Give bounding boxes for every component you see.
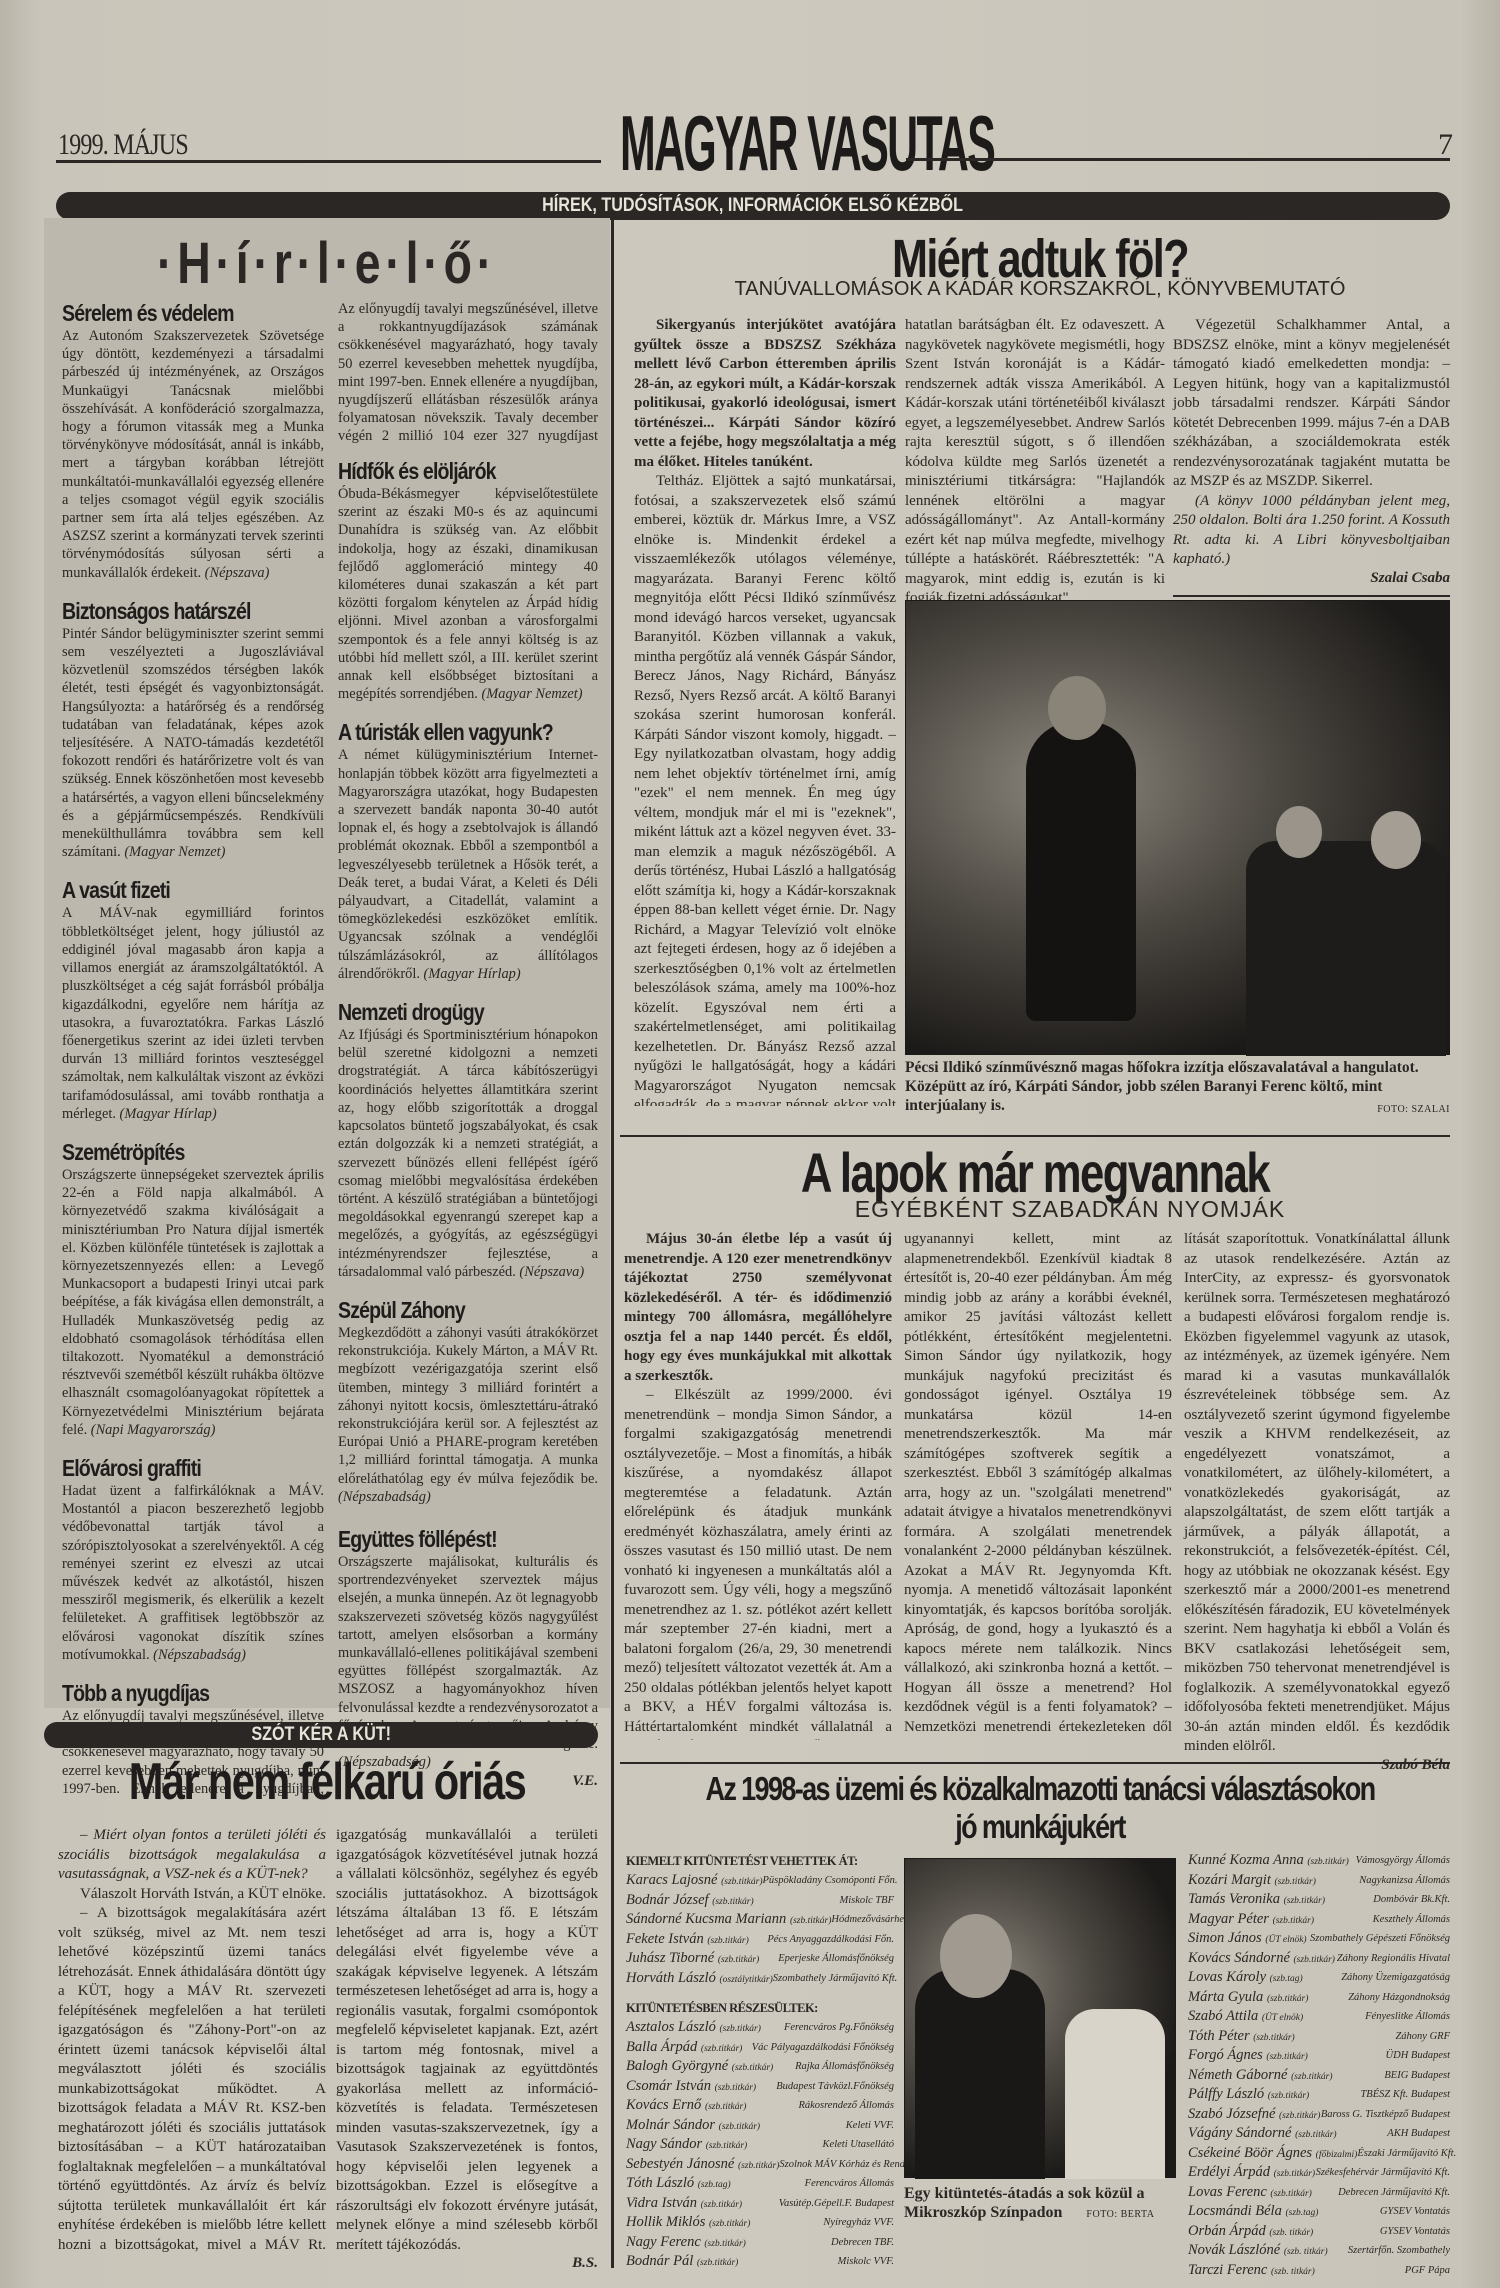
award-row: Karacs Lajosné (szb.titkár)Püspökladány … <box>626 1872 894 1892</box>
awardee-name: Orbán Árpád (szb. titkár) <box>1188 2223 1313 2243</box>
awardee-workplace: Nagykanizsa Állomás <box>1359 1872 1450 1892</box>
awardee-name: Vidra István (szb.titkár) <box>626 2195 742 2215</box>
awardee-workplace: Keleti VVF. <box>846 2117 894 2137</box>
news-source: (Népszava) <box>519 1264 584 1280</box>
rule <box>620 1762 1450 1764</box>
award-row: Tóth Péter (szb.titkár)Záhony GRF <box>1188 2028 1450 2048</box>
awardee-name: Csékeiné Böör Ágnes (főbizalmi) <box>1188 2145 1357 2165</box>
news-continuation: Az előnyugdíj tavalyi megszűnésével, ill… <box>338 300 598 446</box>
award-row: Molnár Sándor (szb.titkár)Keleti VVF. <box>626 2117 894 2137</box>
awardee-name: Novák Lászlóné (szb. titkár) <box>1188 2242 1328 2262</box>
award-row: Pálffy László (szb.titkár)TBÉSZ Kft. Bud… <box>1188 2086 1450 2106</box>
awardee-name: Pálffy László (szb.titkár) <box>1188 2086 1309 2106</box>
award-row: Márta Gyula (szb.titkár)Záhony Házgondno… <box>1188 1989 1450 2009</box>
awardee-role: (szb.titkár) <box>721 1877 762 1887</box>
awardee-name: Horváth László (osztálytitkár) <box>626 1970 773 1990</box>
news-title: Biztonságos határszél <box>62 598 285 625</box>
award-row: Bodnár József (szb.titkár)Miskolc TBF <box>626 1892 894 1912</box>
awardee-role: (szb.titkár) <box>1294 1955 1335 1965</box>
awards-title-line2: jó munkájukért <box>696 1808 1385 1846</box>
column-divider <box>611 218 614 2268</box>
news-title: Nemzeti drogügy <box>338 999 559 1026</box>
awardee-workplace: BEIG Budapest <box>1384 2067 1450 2087</box>
news-title: Szemétröpítés <box>62 1139 285 1166</box>
awardee-workplace: Vác Pályagazdálkodási Főnökség <box>752 2039 894 2059</box>
awardee-workplace: Szombathely Járműjavító Kft. <box>773 1970 898 1990</box>
awardee-workplace: Miskolc TBF <box>839 1892 894 1912</box>
news-item: Szemétröpítés Országszerte ünnepségeket … <box>62 1139 324 1439</box>
news-item: Hídfők és elöljárók Óbuda-Békásmegyer ké… <box>338 458 598 703</box>
awardee-workplace: Debrecen Járműjavító Kft. <box>1338 2184 1450 2204</box>
news-body: Óbuda-Békásmegyer képviselőtestülete sze… <box>338 486 598 702</box>
award-row: Sebestyén Jánosné (szb.titkár)Szolnok MÁ… <box>626 2156 894 2176</box>
awardee-role: (szb.titkár) <box>1307 1857 1348 1867</box>
award-row: Lovas Ferenc (szb.titkár)Debrecen Járműj… <box>1188 2184 1450 2204</box>
awardee-name: Balla Árpád (szb.titkár) <box>626 2039 742 2059</box>
news-source: (Napi Magyarország) <box>91 1422 216 1438</box>
award-photo-caption: Egy kitüntetés-átadás a sok közül a Mikr… <box>904 2184 1176 2224</box>
awardee-name: Erdélyi Árpád (szb.titkár) <box>1188 2164 1315 2184</box>
news-body: A MÁV-nak egymilliárd forintos többletkö… <box>62 905 324 1121</box>
kut-signature: B.S. <box>336 2255 598 2272</box>
miert-column-2: hatatlan barátságban élt. Ez odaveszett.… <box>905 316 1165 609</box>
news-title: Elővárosi graffiti <box>62 1455 285 1482</box>
awards-list-left: KIEMELT KITÜNTETÉST VEHETTEK ÁT: Karacs … <box>626 1852 894 2273</box>
speaker-figure <box>1026 721 1136 1021</box>
news-item: Nemzeti drogügy Az Ifjúsági és Sportmini… <box>338 999 598 1281</box>
awardee-role: (szb.titkár) <box>701 2044 742 2054</box>
awardee-workplace: Záhony Üzemigazgatóság <box>1341 1969 1450 1989</box>
awardee-name: Kunné Kozma Anna (szb.titkár) <box>1188 1852 1349 1872</box>
awardee-role: (szb.titkár) <box>706 2141 747 2151</box>
newspaper-title: MAGYAR VASUTAS <box>620 98 994 189</box>
awardee-role: (szb.titkár) <box>790 1916 831 1926</box>
awardee-workplace: Püspökladány Csomóponti Főn. <box>763 1872 898 1892</box>
awardee-role: (szb.titkár) <box>1267 1994 1308 2004</box>
awardee-role: (szb.titkár) <box>1295 2130 1336 2140</box>
award-row: Szabó Attila (ÜT elnök)Fényeslitke Állom… <box>1188 2008 1450 2028</box>
awardee-name: Bodnár József (szb.titkár) <box>626 1892 754 1912</box>
award-row: Hollik Miklós (szb.titkár)Nyíregyház VVF… <box>626 2214 894 2234</box>
news-title: Sérelem és védelem <box>62 300 285 327</box>
award-row: Sándorné Kucsma Mariann (szb.titkár)Hódm… <box>626 1911 894 1931</box>
awardee-role: (szb.titkár) <box>1266 2052 1307 2062</box>
award-row: Csomár István (szb.titkár)Budapest Távkö… <box>626 2078 894 2098</box>
awardee-name: Juhász Tiborné (szb.titkár) <box>626 1950 759 1970</box>
news-item: A túristák ellen vagyunk? A német külügy… <box>338 719 598 983</box>
photo-credit: FOTO: SZALAI <box>1377 1100 1450 1119</box>
awardee-role: (szb.titkár) <box>715 2083 756 2093</box>
awardee-role: (ÜT elnök) <box>1262 2013 1303 2023</box>
award-photo <box>904 1858 1176 2178</box>
award-row: Juhász Tiborné (szb.titkár)Eperjeske Áll… <box>626 1950 894 1970</box>
kut-question: – Miért olyan fontos a területi jóléti é… <box>58 1826 326 1885</box>
awards-title-line1: Az 1998-as üzemi és közalkalmazotti taná… <box>696 1770 1385 1808</box>
awardee-name: Lovas Ferenc (szb.titkár) <box>1188 2184 1312 2204</box>
hirelo-kicker: ·H·í·r·l·e·l·ő· <box>101 230 554 297</box>
awardee-role: (szb.titkár) <box>1253 2033 1294 2043</box>
awardee-workplace: GYSEV Vontatás <box>1380 2203 1450 2223</box>
awardee-name: Tóth Péter (szb.titkár) <box>1188 2028 1295 2048</box>
newspaper-page: 1999. MÁJUS MAGYAR VASUTAS 7 HÍREK, TUDÓ… <box>0 0 1500 2288</box>
awardee-name: Locsmándi Béla (szb.tag) <box>1188 2203 1318 2223</box>
awardee-workplace: Debrecen TBF. <box>831 2234 894 2254</box>
awardee-role: (szb. titkár) <box>1284 2247 1328 2257</box>
award-row: Balogh Györgyné (szb.titkár)Rajka Állomá… <box>626 2058 894 2078</box>
news-body: A német külügyminisztérium Internet-honl… <box>338 747 598 981</box>
kut-answer-intro: Válaszolt Horváth István, a KÜT elnöke. <box>58 1885 326 1905</box>
kut-column-2: igazgatóság munkavállalói a területi iga… <box>336 1826 598 2272</box>
awardee-name: Nagy Sándor (szb.titkár) <box>626 2136 747 2156</box>
news-title: A túristák ellen vagyunk? <box>338 719 559 746</box>
kut-bar: SZÓT KÉR A KÜT! <box>44 1722 598 1748</box>
kiemelt-list: Karacs Lajosné (szb.titkár)Püspökladány … <box>626 1872 894 1989</box>
man-head <box>940 1914 1012 1998</box>
awardee-name: Kovács Ernő (szb.titkár) <box>626 2097 746 2117</box>
award-row: Kovács Sándorné (szb.titkár)Záhony Regio… <box>1188 1950 1450 1970</box>
awardee-name: Tóth László (szb.tag) <box>626 2175 731 2195</box>
award-row: Locsmándi Béla (szb.tag)GYSEV Vontatás <box>1188 2203 1450 2223</box>
news-title: Több a nyugdíjas <box>62 1680 285 1707</box>
awardee-workplace: Baross G. Tisztképző Budapest <box>1321 2106 1450 2126</box>
awardee-role: (szb.titkár) <box>705 2102 746 2112</box>
awardee-workplace: Pécs Anyaggazdálkodási Főn. <box>767 1931 894 1951</box>
awardee-name: Csomár István (szb.titkár) <box>626 2078 756 2098</box>
woman-figure <box>1065 2009 1165 2179</box>
award-row: Balla Árpád (szb.titkár)Vác Pályagazdálk… <box>626 2039 894 2059</box>
news-title: Együttes föllépést! <box>338 1526 559 1553</box>
award-row: Simon János (ÜT elnök)Szombathely Gépész… <box>1188 1930 1450 1950</box>
awardee-workplace: Miskolc VVF. <box>838 2253 894 2273</box>
award-row: Bodnár Pál (szb.titkár)Miskolc VVF. <box>626 2253 894 2273</box>
awardee-name: Tamás Veronika (szb.titkár) <box>1188 1891 1325 1911</box>
article-subtitle-lapok: EGYÉBKÉNT SZABADKÁN NYOMJÁK <box>780 1196 1360 1223</box>
award-row: Orbán Árpád (szb. titkár)GYSEV Vontatás <box>1188 2223 1450 2243</box>
award-row: Tóth László (szb.tag)Ferencváros Állomás <box>626 2175 894 2195</box>
awardee-workplace: Ferencváros Pg.Főnökség <box>784 2019 894 2039</box>
masthead-rule-left <box>56 160 601 163</box>
award-row: Németh Gáborné (szb.titkár)BEIG Budapest <box>1188 2067 1450 2087</box>
award-row: Lovas Károly (szb.tag)Záhony Üzemigazgat… <box>1188 1969 1450 1989</box>
news-title: Hídfők és elöljárók <box>338 458 559 485</box>
awardee-workplace: Szolnok MÁV Kórház és Rendelő <box>779 2156 917 2176</box>
news-source: (Magyar Nemzet) <box>124 844 225 860</box>
awardee-workplace: Záhony Regionális Hivatal <box>1337 1950 1450 1970</box>
awardee-name: Forgó Ágnes (szb.titkár) <box>1188 2047 1308 2067</box>
photo-credit: FOTO: BERTA <box>1086 2209 1154 2220</box>
award-row: Kunné Kozma Anna (szb.titkár)Vámosgyörgy… <box>1188 1852 1450 1872</box>
list-header-kiemelt: KIEMELT KITÜNTETÉST VEHETTEK ÁT: <box>626 1854 894 1869</box>
news-title: Szépül Záhony <box>338 1297 559 1324</box>
awardee-role: (szb.titkár) <box>707 1936 748 1946</box>
miert-book-note: (A könyv 1000 példányban jelent meg, 250… <box>1173 492 1450 570</box>
award-row: Magyar Péter (szb.titkár)Keszthely Állom… <box>1188 1911 1450 1931</box>
kut-body-2: igazgatóság munkavállalói a területi iga… <box>336 1826 598 2255</box>
award-row: Vágány Sándorné (szb.titkár)AKH Budapest <box>1188 2125 1450 2145</box>
awardee-role: (szb.titkár) <box>1268 2091 1309 2101</box>
awardee-role: (szb.titkár) <box>738 2161 779 2171</box>
awardee-name: Balogh Györgyné (szb.titkár) <box>626 2058 773 2078</box>
awardee-name: Szabó Attila (ÜT elnök) <box>1188 2008 1303 2028</box>
awardee-workplace: Dombóvár Bk.Kft. <box>1373 1891 1450 1911</box>
award-row: Novák Lászlóné (szb. titkár)Szertárfőn. … <box>1188 2242 1450 2262</box>
awardee-role: (szb.titkár) <box>1291 2072 1332 2082</box>
awardee-name: Sándorné Kucsma Mariann (szb.titkár) <box>626 1911 831 1931</box>
awardee-role: (szb.tag) <box>1285 2208 1318 2218</box>
miert-body-2: hatatlan barátságban élt. Ez odaveszett.… <box>905 316 1165 609</box>
news-source: (Népszabadság) <box>153 1647 246 1663</box>
news-body: Az Autonóm Szakszervezetek Szövetsége úg… <box>62 328 324 581</box>
lapok-lead: Május 30-án életbe lép a vasút új menetr… <box>624 1230 892 1386</box>
kitunt-list-continued: Kunné Kozma Anna (szb.titkár)Vámosgyörgy… <box>1188 1852 1450 2281</box>
awardee-workplace: Szertárfőn. Szombathely <box>1348 2242 1450 2262</box>
news-source: (Magyar Hírlap) <box>120 1106 217 1122</box>
news-source: (Népszabadság) <box>338 1489 431 1505</box>
awardee-workplace: PGF Pápa <box>1405 2262 1450 2282</box>
awardee-name: Vágány Sándorné (szb.titkár) <box>1188 2125 1337 2145</box>
awardee-name: Nagy Ferenc (szb.titkár) <box>626 2234 746 2254</box>
rule <box>620 1135 1450 1137</box>
hirelo-column-2: Az előnyugdíj tavalyi megszűnésével, ill… <box>338 300 598 1790</box>
rule <box>1173 595 1450 597</box>
miert-body-3: Végezetül Schalkhammer Antal, a BDSZSZ e… <box>1173 316 1450 492</box>
awardee-name: Szabó Józsefné (szb.titkár) <box>1188 2106 1320 2126</box>
award-row: Nagy Sándor (szb.titkár)Keleti Utasellát… <box>626 2136 894 2156</box>
head <box>1276 806 1322 858</box>
lapok-column-3: lítását szaporítottuk. Vonatkínálattal á… <box>1184 1230 1450 1774</box>
award-row: Kovács Ernő (szb.titkár)Rákosrendező Áll… <box>626 2097 894 2117</box>
kitunt-list: Asztalos László (szb.titkár)Ferencváros … <box>626 2019 894 2273</box>
issue-date: 1999. MÁJUS <box>58 128 188 162</box>
awardee-workplace: AKH Budapest <box>1387 2125 1450 2145</box>
masthead-rule-right <box>906 158 1450 161</box>
awardee-name: Hollik Miklós (szb.titkár) <box>626 2214 750 2234</box>
news-item: Szépül Záhony Megkezdődött a záhonyi vas… <box>338 1297 598 1506</box>
awardee-role: (szb.titkár) <box>1274 1877 1315 1887</box>
awardee-role: (szb.titkár) <box>709 2219 750 2229</box>
awardee-role: (szb. titkár) <box>1271 2267 1315 2277</box>
miert-lead: Sikergyanús interjúkötet avatójára gyűlt… <box>634 316 896 472</box>
award-row: Tarczi Ferenc (szb. titkár)PGF Pápa <box>1188 2262 1450 2282</box>
awardee-workplace: Szombathely Gépészeti Főnökség <box>1310 1930 1450 1950</box>
awardee-workplace: Eperjeske Állomásfőnökség <box>778 1950 894 1970</box>
speaker-head <box>1048 676 1106 740</box>
list-header-kitunt: KITÜNTETÉSBEN RÉSZESÜLTEK: <box>626 2001 894 2016</box>
awardee-role: (szb.titkár) <box>1274 2169 1315 2179</box>
man-figure <box>915 1969 1045 2179</box>
awardee-role: (szb.titkár) <box>1279 2111 1320 2121</box>
awardee-role: (ÜT elnök) <box>1265 1935 1306 1945</box>
awardee-role: (szb.titkár) <box>1273 1916 1314 1926</box>
awardee-role: (szb.titkár) <box>718 1955 759 1965</box>
awardee-role: (főbizalmi) <box>1316 2150 1358 2160</box>
awardee-name: Bodnár Pál (szb.titkár) <box>626 2253 738 2273</box>
miert-column-1: Sikergyanús interjúkötet avatójára gyűlt… <box>634 316 896 1106</box>
lapok-column-2: ugyanannyi kellett, mint az alapmenetren… <box>904 1230 1172 1740</box>
awardee-name: Molnár Sándor (szb.titkár) <box>626 2117 760 2137</box>
award-row: Szabó Józsefné (szb.titkár)Baross G. Tis… <box>1188 2106 1450 2126</box>
award-row: Tamás Veronika (szb.titkár)Dombóvár Bk.K… <box>1188 1891 1450 1911</box>
awardee-role: (szb. titkár) <box>1269 2228 1313 2238</box>
award-row: Fekete István (szb.titkár)Pécs Anyaggazd… <box>626 1931 894 1951</box>
award-row: Csékeiné Böör Ágnes (főbizalmi)Északi Já… <box>1188 2145 1450 2165</box>
awardee-workplace: GYSEV Vontatás <box>1380 2223 1450 2243</box>
news-body: Pintér Sándor belügyminiszter szerint se… <box>62 626 324 860</box>
news-item: Sérelem és védelem Az Autonóm Szakszerve… <box>62 300 324 582</box>
lapok-body-3: lítását szaporítottuk. Vonatkínálattal á… <box>1184 1230 1450 1757</box>
awards-list-right: Kunné Kozma Anna (szb.titkár)Vámosgyörgy… <box>1188 1852 1450 2281</box>
awardee-role: (szb.titkár) <box>1270 2189 1311 2199</box>
awardee-role: (szb.titkár) <box>697 2258 738 2268</box>
caption-text: Pécsi Ildikó színművésznő magas hőfokra … <box>905 1059 1419 1114</box>
news-body: Megkezdődött a záhonyi vasúti átrakókörz… <box>338 1325 598 1487</box>
kut-body-1: – A bizottságok megalakítására azért vol… <box>58 1904 326 2254</box>
awardee-workplace: ÜDH Budapest <box>1386 2047 1450 2067</box>
news-body: Az Ifjúsági és Sportminisztérium hónapok… <box>338 1027 598 1280</box>
awardee-name: Magyar Péter (szb.titkár) <box>1188 1911 1314 1931</box>
awardee-workplace: Keszthely Állomás <box>1373 1911 1450 1931</box>
awardee-workplace: TBÉSZ Kft. Budapest <box>1360 2086 1450 2106</box>
award-row: Nagy Ferenc (szb.titkár)Debrecen TBF. <box>626 2234 894 2254</box>
awardee-workplace: Vámosgyörgy Állomás <box>1356 1852 1450 1872</box>
event-photo-caption: Pécsi Ildikó színművésznő magas hőfokra … <box>905 1058 1450 1119</box>
seated-men <box>1246 841 1446 1056</box>
lapok-body-2: ugyanannyi kellett, mint az alapmenetren… <box>904 1230 1172 1740</box>
awardee-role: (szb.tag) <box>1270 1974 1303 1984</box>
lapok-column-1: Május 30-án életbe lép a vasút új menetr… <box>624 1230 892 1740</box>
awardee-workplace: Északi Járműjavító Kft. <box>1357 2145 1456 2165</box>
news-source: (Népszava) <box>205 565 270 581</box>
awardee-workplace: Ferencváros Állomás <box>805 2175 894 2195</box>
awardee-name: Asztalos László (szb.titkár) <box>626 2019 761 2039</box>
miert-signature: Szalai Csaba <box>1173 570 1450 587</box>
awardee-name: Németh Gáborné (szb.titkár) <box>1188 2067 1333 2087</box>
awardee-workplace: Fényeslitke Állomás <box>1365 2008 1450 2028</box>
awardee-workplace: Záhony Házgondnokság <box>1348 1989 1450 2009</box>
award-row: Vidra István (szb.titkár)Vasútép.Gépell.… <box>626 2195 894 2215</box>
hirelo-column-1: Sérelem és védelem Az Autonóm Szakszerve… <box>62 300 324 1799</box>
awardee-name: Márta Gyula (szb.titkár) <box>1188 1989 1308 2009</box>
section-bar: HÍREK, TUDÓSÍTÁSOK, INFORMÁCIÓK ELSŐ KÉZ… <box>56 192 1450 220</box>
news-source: (Magyar Hírlap) <box>424 966 521 982</box>
award-row: Erdélyi Árpád (szb.titkár)Székesfehérvár… <box>1188 2164 1450 2184</box>
kut-column-1: – Miért olyan fontos a területi jóléti é… <box>58 1826 326 2254</box>
awardee-role: (szb.tag) <box>698 2180 731 2190</box>
lapok-body-1: – Elkészült az 1999/2000. évi menetrendü… <box>624 1386 892 1740</box>
article-title-kut: Már nem félkarú óriás <box>101 1752 554 1812</box>
awardee-role: (osztálytitkár) <box>719 1975 772 1985</box>
awardee-name: Lovas Károly (szb.tag) <box>1188 1969 1303 1989</box>
award-row: Kozári Margit (szb.titkár)Nagykanizsa Ál… <box>1188 1872 1450 1892</box>
news-body: Országszerte ünnepségeket szerveztek ápr… <box>62 1167 324 1438</box>
awardee-name: Karacs Lajosné (szb.titkár) <box>626 1872 763 1892</box>
awardee-workplace: Keleti Utasellátó <box>823 2136 894 2156</box>
award-row: Horváth László (osztálytitkár)Szombathel… <box>626 1970 894 1990</box>
awardee-name: Sebestyén Jánosné (szb.titkár) <box>626 2156 779 2176</box>
news-source: (Magyar Nemzet) <box>481 686 582 702</box>
awardee-role: (szb.titkár) <box>719 2024 760 2034</box>
awardee-name: Kozári Margit (szb.titkár) <box>1188 1872 1316 1892</box>
awardee-role: (szb.titkár) <box>732 2063 773 2073</box>
awardee-role: (szb.titkár) <box>712 1897 753 1907</box>
miert-body-1: Teltház. Eljöttek a sajtó munkatársai, f… <box>634 472 896 1106</box>
awardee-workplace: Nyíregyház VVF. <box>823 2214 894 2234</box>
news-title: A vasút fizeti <box>62 877 285 904</box>
miert-column-3: Végezetül Schalkhammer Antal, a BDSZSZ e… <box>1173 316 1450 587</box>
article-subtitle-miert: TANÚVALLOMÁSOK A KÁDÁR KORSZAKRÓL, KÖNYV… <box>620 278 1460 301</box>
event-photo <box>905 600 1450 1055</box>
awardee-workplace: Vasútép.Gépell.F. Budapest <box>779 2195 894 2215</box>
news-item: A vasút fizeti A MÁV-nak egymilliárd for… <box>62 877 324 1122</box>
awardee-role: (szb.titkár) <box>719 2122 760 2132</box>
awardee-role: (szb.titkár) <box>701 2200 742 2210</box>
awardee-workplace: Rajka Állomásfőnökség <box>795 2058 894 2078</box>
awardee-name: Fekete István (szb.titkár) <box>626 1931 749 1951</box>
awardee-role: (szb.titkár) <box>704 2239 745 2249</box>
awardee-workplace: Záhony GRF <box>1395 2028 1450 2048</box>
awardee-name: Tarczi Ferenc (szb. titkár) <box>1188 2262 1315 2282</box>
page-number: 7 <box>1438 128 1453 162</box>
award-row: Forgó Ágnes (szb.titkár)ÜDH Budapest <box>1188 2047 1450 2067</box>
head <box>1371 811 1421 869</box>
awardee-name: Kovács Sándorné (szb.titkár) <box>1188 1950 1335 1970</box>
news-body: Hadat üzent a falfirkálóknak a MÁV. Most… <box>62 1483 324 1663</box>
award-row: Asztalos László (szb.titkár)Ferencváros … <box>626 2019 894 2039</box>
awardee-name: Simon János (ÜT elnök) <box>1188 1930 1307 1950</box>
awardee-role: (szb.titkár) <box>1284 1896 1325 1906</box>
news-item: Biztonságos határszél Pintér Sándor belü… <box>62 598 324 862</box>
awardee-workplace: Rákosrendező Állomás <box>798 2097 894 2117</box>
awardee-workplace: Budapest Távközl.Főnökség <box>776 2078 894 2098</box>
awardee-workplace: Székesfehérvár Járműjavító Kft. <box>1316 2164 1450 2184</box>
news-item: Elővárosi graffiti Hadat üzent a falfirk… <box>62 1455 324 1664</box>
